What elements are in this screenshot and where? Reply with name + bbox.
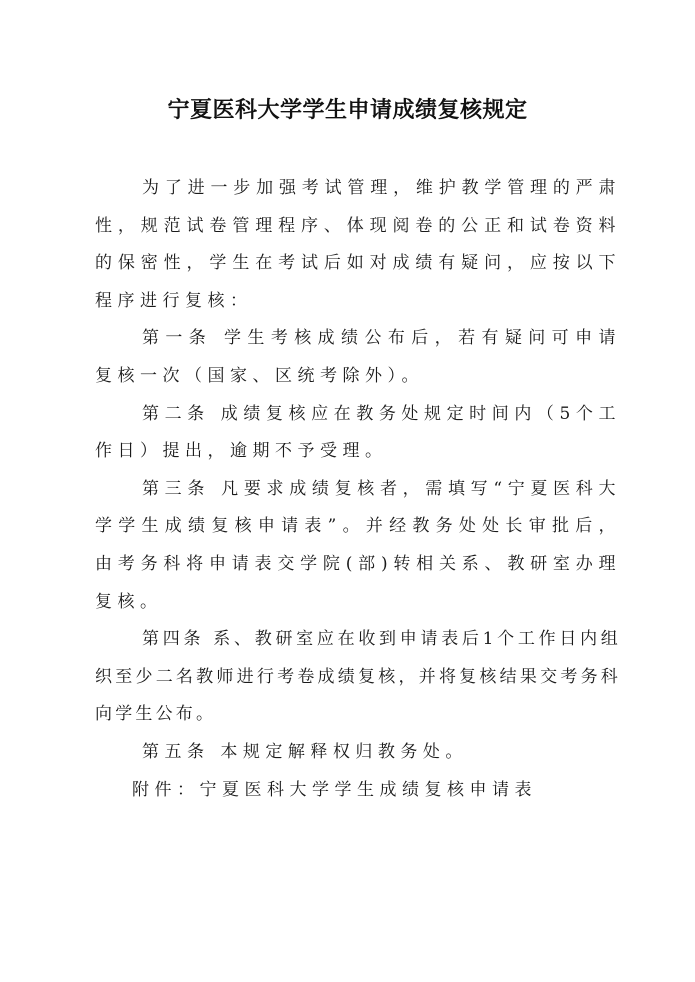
article-1-paragraph: 第一条 学生考核成绩公布后，若有疑问可申请复核一次（国家、区统考除外）。 xyxy=(95,320,621,395)
article-4-paragraph: 第四条 系、教研室应在收到申请表后1个工作日内组织至少二名教师进行考卷成绩复核，… xyxy=(95,621,621,734)
article-3-paragraph: 第三条 凡要求成绩复核者，需填写“宁夏医科大学学生成绩复核申请表”。并经教务处处… xyxy=(95,471,621,621)
document-body: 为了进一步加强考试管理，维护教学管理的严肃性，规范试卷管理程序、体现阅卷的公正和… xyxy=(95,170,621,809)
intro-paragraph: 为了进一步加强考试管理，维护教学管理的严肃性，规范试卷管理程序、体现阅卷的公正和… xyxy=(95,170,621,320)
attachment-line: 附件：宁夏医科大学学生成绩复核申请表 xyxy=(95,772,621,810)
article-2-paragraph: 第二条 成绩复核应在教务处规定时间内（5个工作日）提出，逾期不予受理。 xyxy=(95,396,621,471)
document-page: 宁夏医科大学学生申请成绩复核规定 为了进一步加强考试管理，维护教学管理的严肃性，… xyxy=(0,0,695,982)
document-title: 宁夏医科大学学生申请成绩复核规定 xyxy=(0,96,695,126)
article-5-paragraph: 第五条 本规定解释权归教务处。 xyxy=(95,734,621,772)
